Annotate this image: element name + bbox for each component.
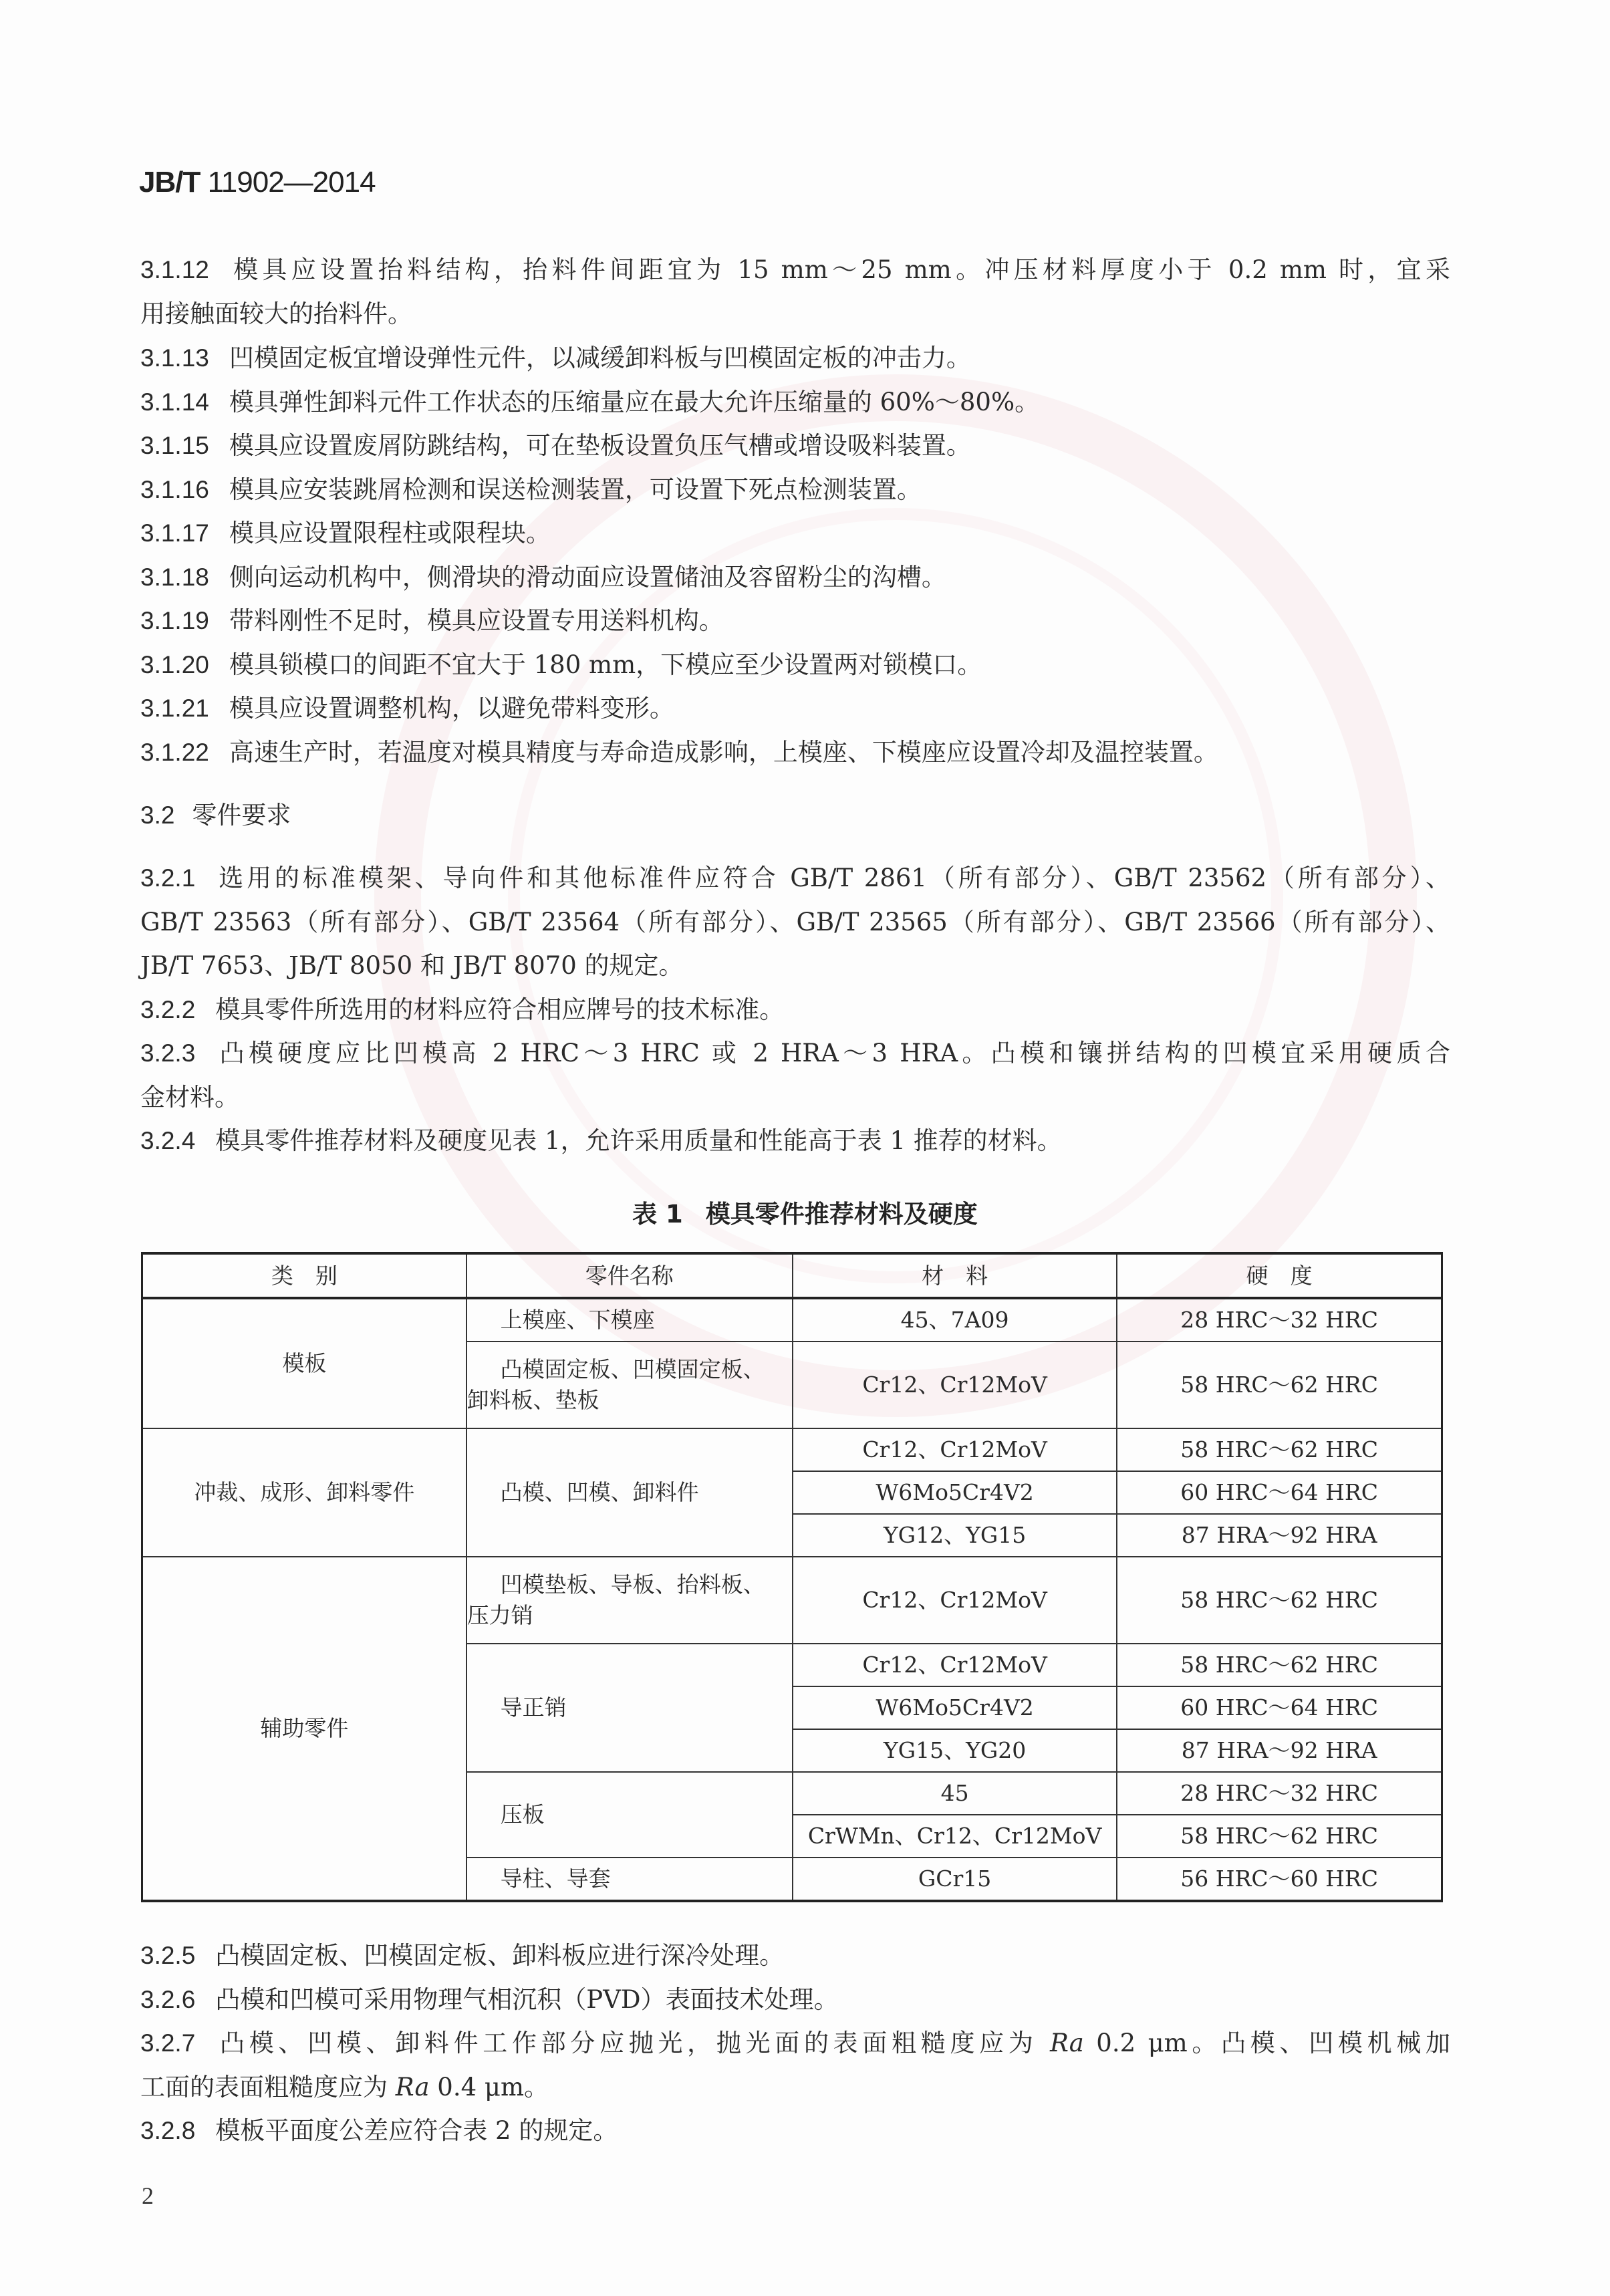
- clause-3-2-1-cont1: GB/T 23563（所有部分）、GB/T 23564（所有部分）、GB/T 2…: [140, 906, 1450, 938]
- hardness-cell: 56 HRC～60 HRC: [1117, 1858, 1442, 1901]
- clause-3-1-21: 3.1.21模具应设置调整机构，以避免带料变形。: [140, 692, 1450, 725]
- category-cell: 冲裁、成形、卸料零件: [142, 1428, 466, 1557]
- header-category: 类 别: [142, 1253, 466, 1298]
- header-hardness: 硬 度: [1117, 1253, 1442, 1298]
- clause-3-1-22: 3.1.22高速生产时，若温度对模具精度与寿命造成影响，上模座、下模座应设置冷却…: [140, 737, 1450, 769]
- clause-3-1-19: 3.1.19带料刚性不足时，模具应设置专用送料机构。: [140, 605, 1450, 637]
- part-name-cell: 导柱、导套: [466, 1858, 793, 1901]
- table-1-caption: 表 1模具零件推荐材料及硬度: [0, 1194, 1610, 1230]
- part-name-cell: 凸模固定板、凹模固定板、卸料板、垫板: [466, 1342, 793, 1428]
- material-cell: YG12、YG15: [793, 1514, 1117, 1557]
- table-row: 辅助零件 凹模垫板、导板、抬料板、压力销 Cr12、Cr12MoV 58 HRC…: [142, 1557, 1442, 1644]
- clause-3-1-12-cont: 用接触面较大的抬料件。: [140, 298, 1450, 330]
- table-row: 模板 上模座、下模座 45、7A09 28 HRC～32 HRC: [142, 1298, 1442, 1342]
- material-cell: Cr12、Cr12MoV: [793, 1557, 1117, 1644]
- page-number: 2: [142, 2182, 154, 2210]
- material-cell: 45: [793, 1772, 1117, 1815]
- material-cell: Cr12、Cr12MoV: [793, 1428, 1117, 1471]
- hardness-cell: 58 HRC～62 HRC: [1117, 1815, 1442, 1858]
- standard-prefix: JB/T: [139, 166, 200, 199]
- clause-3-1-13: 3.1.13凹模固定板宜增设弹性元件，以减缓卸料板与凹模固定板的冲击力。: [140, 342, 1450, 374]
- category-cell: 模板: [142, 1298, 466, 1428]
- table-header-row: 类 别 零件名称 材 料 硬 度: [142, 1253, 1442, 1298]
- hardness-cell: 28 HRC～32 HRC: [1117, 1298, 1442, 1342]
- clause-3-2-3: 3.2.3凸模硬度应比凹模高 2 HRC～3 HRC 或 2 HRA～3 HRA…: [140, 1037, 1450, 1069]
- part-name-cell: 凹模垫板、导板、抬料板、压力销: [466, 1557, 793, 1644]
- hardness-cell: 28 HRC～32 HRC: [1117, 1772, 1442, 1815]
- hardness-cell: 60 HRC～64 HRC: [1117, 1471, 1442, 1514]
- clause-3-2-6: 3.2.6凸模和凹模可采用物理气相沉积（PVD）表面技术处理。: [140, 1984, 1450, 2016]
- header-material: 材 料: [793, 1253, 1117, 1298]
- part-name-cell: 凸模、凹模、卸料件: [466, 1428, 793, 1557]
- hardness-cell: 87 HRA～92 HRA: [1117, 1514, 1442, 1557]
- category-cell: 辅助零件: [142, 1557, 466, 1901]
- material-cell: W6Mo5Cr4V2: [793, 1686, 1117, 1729]
- clause-3-2-8: 3.2.8模板平面度公差应符合表 2 的规定。: [140, 2115, 1450, 2147]
- section-heading-3-2: 3.2零件要求: [140, 799, 291, 832]
- material-cell: Cr12、Cr12MoV: [793, 1644, 1117, 1686]
- clause-3-1-18: 3.1.18侧向运动机构中，侧滑块的滑动面应设置储油及容留粉尘的沟槽。: [140, 561, 1450, 594]
- material-cell: GCr15: [793, 1858, 1117, 1901]
- clause-3-2-5: 3.2.5凸模固定板、凹模固定板、卸料板应进行深冷处理。: [140, 1940, 1450, 1972]
- standard-number: 11902—2014: [208, 166, 376, 199]
- clause-3-1-14: 3.1.14模具弹性卸料元件工作状态的压缩量应在最大允许压缩量的 60%～80%…: [140, 386, 1450, 418]
- standard-number-header: JB/T 11902—2014: [139, 166, 376, 199]
- material-cell: CrWMn、Cr12、Cr12MoV: [793, 1815, 1117, 1858]
- materials-hardness-table: 类 别 零件名称 材 料 硬 度 模板 上模座、下模座 45、7A09 28 H…: [141, 1252, 1443, 1902]
- part-name-cell: 压板: [466, 1772, 793, 1858]
- clause-3-2-4: 3.2.4模具零件推荐材料及硬度见表 1，允许采用质量和性能高于表 1 推荐的材…: [140, 1125, 1450, 1157]
- clause-3-1-12: 3.1.12模具应设置抬料结构，抬料件间距宜为 15 mm～25 mm。冲压材料…: [140, 254, 1450, 286]
- material-cell: W6Mo5Cr4V2: [793, 1471, 1117, 1514]
- hardness-cell: 58 HRC～62 HRC: [1117, 1428, 1442, 1471]
- clause-3-2-7: 3.2.7凸模、凹模、卸料件工作部分应抛光，抛光面的表面粗糙度应为 Ra 0.2…: [140, 2027, 1450, 2059]
- clause-3-2-1-cont2: JB/T 7653、JB/T 8050 和 JB/T 8070 的规定。: [140, 950, 1450, 982]
- table-row: 冲裁、成形、卸料零件 凸模、凹模、卸料件 Cr12、Cr12MoV 58 HRC…: [142, 1428, 1442, 1471]
- clause-3-2-7-cont: 工面的表面粗糙度应为 Ra 0.4 μm。: [140, 2071, 1450, 2103]
- material-cell: YG15、YG20: [793, 1729, 1117, 1772]
- header-part-name: 零件名称: [466, 1253, 793, 1298]
- clause-3-1-15: 3.1.15模具应设置废屑防跳结构，可在垫板设置负压气槽或增设吸料装置。: [140, 430, 1450, 462]
- hardness-cell: 60 HRC～64 HRC: [1117, 1686, 1442, 1729]
- clause-3-1-16: 3.1.16模具应安装跳屑检测和误送检测装置，可设置下死点检测装置。: [140, 474, 1450, 506]
- material-cell: Cr12、Cr12MoV: [793, 1342, 1117, 1428]
- hardness-cell: 87 HRA～92 HRA: [1117, 1729, 1442, 1772]
- clause-3-2-3-cont: 金材料。: [140, 1081, 1450, 1114]
- part-name-cell: 上模座、下模座: [466, 1298, 793, 1342]
- hardness-cell: 58 HRC～62 HRC: [1117, 1557, 1442, 1644]
- clause-3-1-20: 3.1.20模具锁模口的间距不宜大于 180 mm，下模应至少设置两对锁模口。: [140, 649, 1450, 681]
- hardness-cell: 58 HRC～62 HRC: [1117, 1342, 1442, 1428]
- clause-3-2-1: 3.2.1选用的标准模架、导向件和其他标准件应符合 GB/T 2861（所有部分…: [140, 862, 1450, 894]
- material-cell: 45、7A09: [793, 1298, 1117, 1342]
- clause-3-2-2: 3.2.2模具零件所选用的材料应符合相应牌号的技术标准。: [140, 994, 1450, 1026]
- clause-3-1-17: 3.1.17模具应设置限程柱或限程块。: [140, 517, 1450, 549]
- part-name-cell: 导正销: [466, 1644, 793, 1772]
- hardness-cell: 58 HRC～62 HRC: [1117, 1644, 1442, 1686]
